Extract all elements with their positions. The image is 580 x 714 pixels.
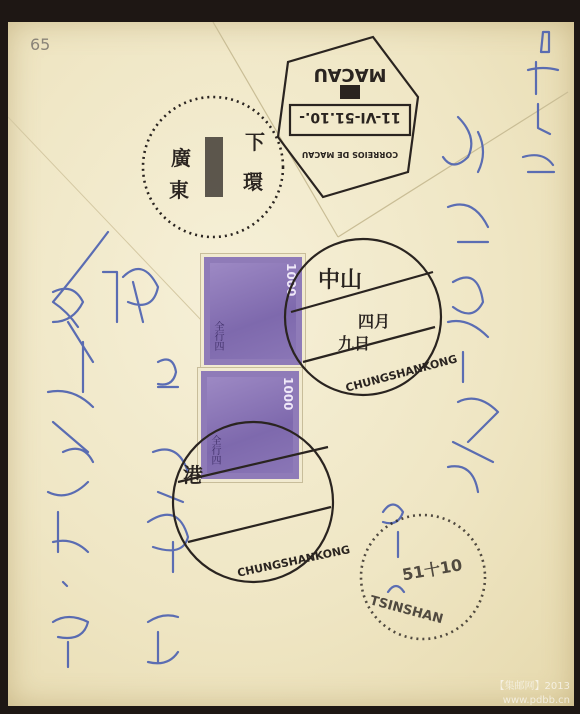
stamp-value: 1000: [284, 263, 298, 296]
pencil-note: 65: [30, 35, 50, 54]
envelope: 65 11-VI-51.10.- MACAU CORREIOS DE MACAU: [8, 22, 574, 706]
stamp-bottom: 1000 全行四: [198, 368, 302, 482]
stamp-value: 1000: [281, 377, 295, 410]
stamp-top: 1000 全行四: [201, 254, 305, 368]
postmark-guangdong: 廣 東 下 環: [143, 97, 283, 237]
svg-text:環: 環: [243, 170, 263, 194]
macau-date: 11-VI-51.10.-: [299, 109, 401, 125]
watermark-line1: 【集邮网】2013: [495, 680, 570, 694]
postmark-macau: 11-VI-51.10.- MACAU CORREIOS DE MACAU: [278, 37, 418, 197]
stamp-label: 全行四: [210, 321, 225, 351]
flap-fold-left: [213, 22, 338, 237]
svg-text:下: 下: [245, 130, 265, 154]
svg-text:東: 東: [169, 178, 189, 202]
macau-arc: CORREIOS DE MACAU: [302, 150, 398, 159]
watermark-line2: www.pdbb.cn: [495, 694, 570, 708]
watermark: 【集邮网】2013 www.pdbb.cn: [495, 680, 570, 708]
svg-text:廣: 廣: [171, 146, 192, 170]
macau-city: MACAU: [313, 64, 386, 85]
stamp-label: 全行四: [207, 435, 222, 465]
